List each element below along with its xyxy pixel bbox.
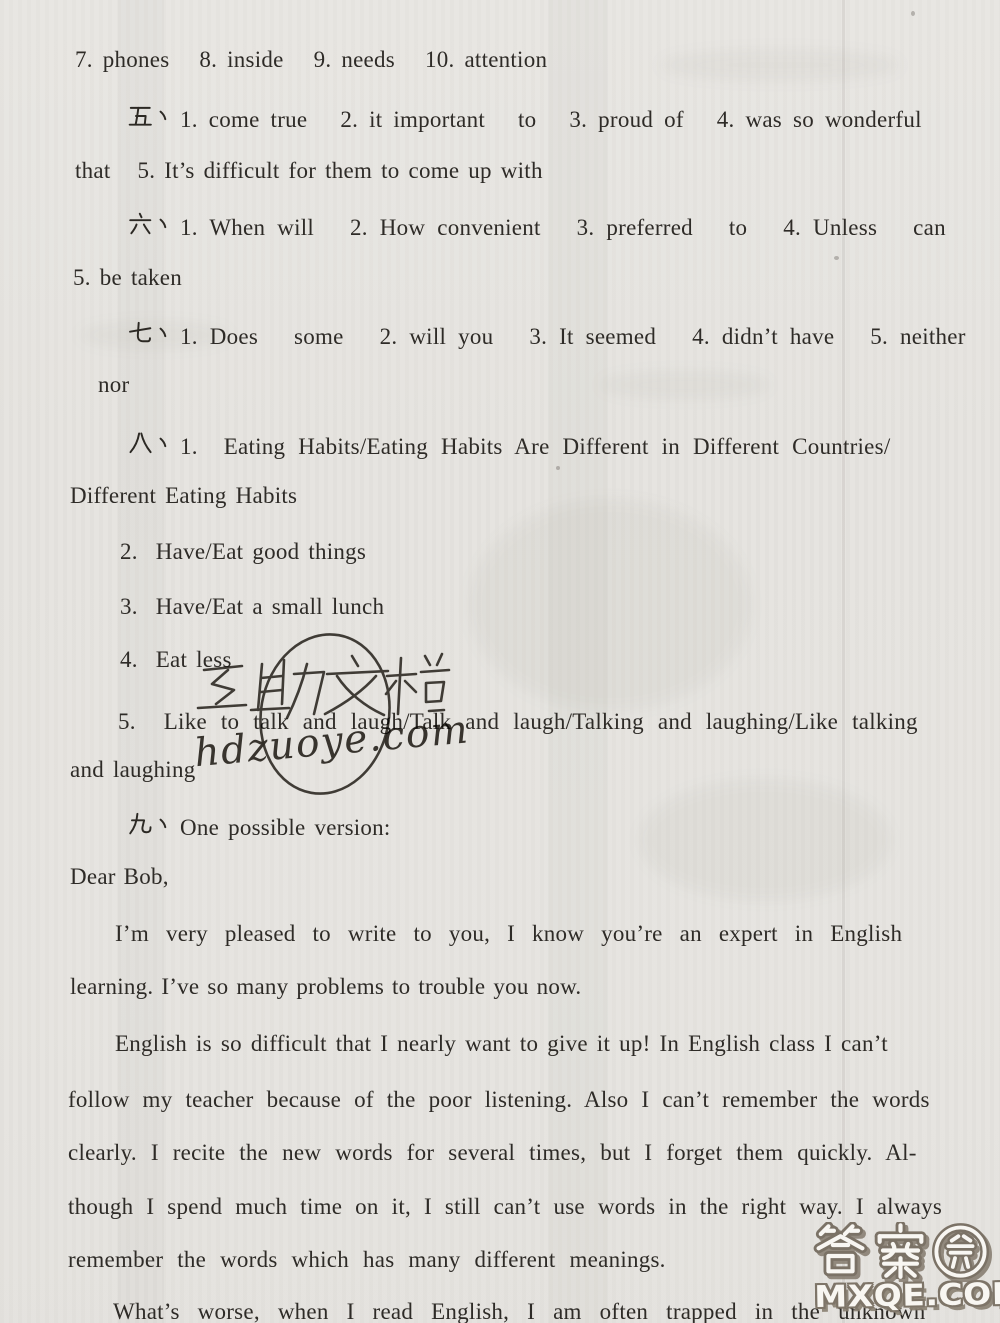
ink-speck [911,11,915,16]
enumeration-comma-icon [155,103,174,129]
bleed-through-smudge [470,500,750,710]
logo-char-da-icon [812,1222,869,1279]
answer-line: 7. phones 8. inside 9. needs 10. attenti… [75,46,547,73]
section-marker-eight-icon [127,430,153,456]
letter-text: I’m very pleased to write to you, I know… [115,920,902,947]
letter-text: remember the words which has many differ… [68,1246,666,1273]
section-eight-line: 八、 1. Eating Habits/Eating Habits Are Di… [127,430,890,460]
hdzuoye-stamp-watermark: 互助文档 hdzuoye.com [190,626,462,816]
logo-char-an-icon [872,1222,929,1279]
letter-text: English is so difficult that I nearly wa… [115,1030,888,1057]
daanquan-logo-characters [812,1222,1000,1279]
section-marker-five-icon [127,103,153,129]
logo-chinese-text: 答案圈 [812,1279,813,1280]
bleed-through-smudge [640,780,890,900]
answer-text: that 5. It’s difficult for them to come … [75,157,543,184]
answer-text: 1. come true 2. it important to 3. proud… [180,106,922,133]
answer-text: 1. Does some 2. will you 3. It seemed 4.… [180,323,966,350]
letter-salutation-line: Dear Bob, [70,863,169,890]
bleed-through-smudge [660,50,900,80]
enumeration-comma-icon [155,211,174,237]
section-marker-seven-icon [127,320,153,346]
answer-text: and laughing [70,756,195,783]
answer-text: 7. phones 8. inside 9. needs 10. attenti… [75,46,547,73]
letter-text: What’s worse, when I read English, I am … [113,1298,926,1323]
letter-body-line: though I spend much time on it, I still … [68,1193,942,1220]
answer-line: 2. Have/Eat good things [120,538,366,565]
enumeration-comma-icon [155,430,174,456]
letter-body-line: What’s worse, when I read English, I am … [113,1298,926,1323]
answer-text: 3. Have/Eat a small lunch [120,593,384,620]
daanquan-corner-watermark: 答案圈 MXQE.COM [812,1222,1000,1322]
answer-line: 3. Have/Eat a small lunch [120,593,384,620]
letter-body-line: learning. I’ve so many problems to troub… [70,973,581,1000]
letter-text: Dear Bob, [70,863,169,890]
letter-text: learning. I’ve so many problems to troub… [70,973,581,1000]
answer-line: and laughing [70,756,195,783]
answer-text: 2. Have/Eat good things [120,538,366,565]
section-marker-six-icon [127,211,153,237]
section-marker-nine-icon [127,811,153,837]
answer-text: nor [98,371,129,398]
answer-text: Different Eating Habits [70,482,297,509]
scan-streak [842,0,845,1323]
logo-char-quan-icon [932,1222,989,1279]
section-five-line: 五、 1. come true 2. it important to 3. pr… [127,103,922,133]
letter-text: follow my teacher because of the poor li… [68,1086,930,1113]
ink-speck [834,256,839,260]
logo-site-text: MXQE.COM [814,1277,1000,1315]
letter-body-line: English is so difficult that I nearly wa… [115,1030,888,1057]
answer-line: Different Eating Habits [70,482,297,509]
section-marker-text: 六、 [127,240,128,241]
enumeration-comma-icon [155,811,174,837]
letter-body-line: clearly. I recite the new words for seve… [68,1139,917,1166]
section-marker-text: 五、 [127,132,128,133]
section-marker-text: 八、 [127,459,128,460]
bleed-through-smudge [600,372,770,398]
answer-text: 5. be taken [73,264,182,291]
letter-body-line: follow my teacher because of the poor li… [68,1086,930,1113]
letter-text: clearly. I recite the new words for seve… [68,1139,917,1166]
answer-text: 1. Eating Habits/Eating Habits Are Diffe… [180,433,890,460]
enumeration-comma-icon [155,320,174,346]
section-marker-text: 七、 [127,349,128,350]
letter-body-line: I’m very pleased to write to you, I know… [115,920,902,947]
letter-text: though I spend much time on it, I still … [68,1193,942,1220]
ink-speck [556,466,560,470]
answer-line: nor [98,371,129,398]
section-six-line: 六、 1. When will 2. How convenient 3. pre… [127,211,946,241]
answer-text: One possible version: [180,814,391,841]
answer-line: that 5. It’s difficult for them to come … [75,157,543,184]
section-marker-text: 九、 [127,840,128,841]
section-seven-line: 七、 1. Does some 2. will you 3. It seemed… [127,320,966,350]
letter-body-line: remember the words which has many differ… [68,1246,666,1273]
scanned-answer-page: 7. phones 8. inside 9. needs 10. attenti… [0,0,1000,1323]
answer-text: 1. When will 2. How convenient 3. prefer… [180,214,946,241]
scan-streak [548,0,608,1323]
answer-line: 5. be taken [73,264,182,291]
